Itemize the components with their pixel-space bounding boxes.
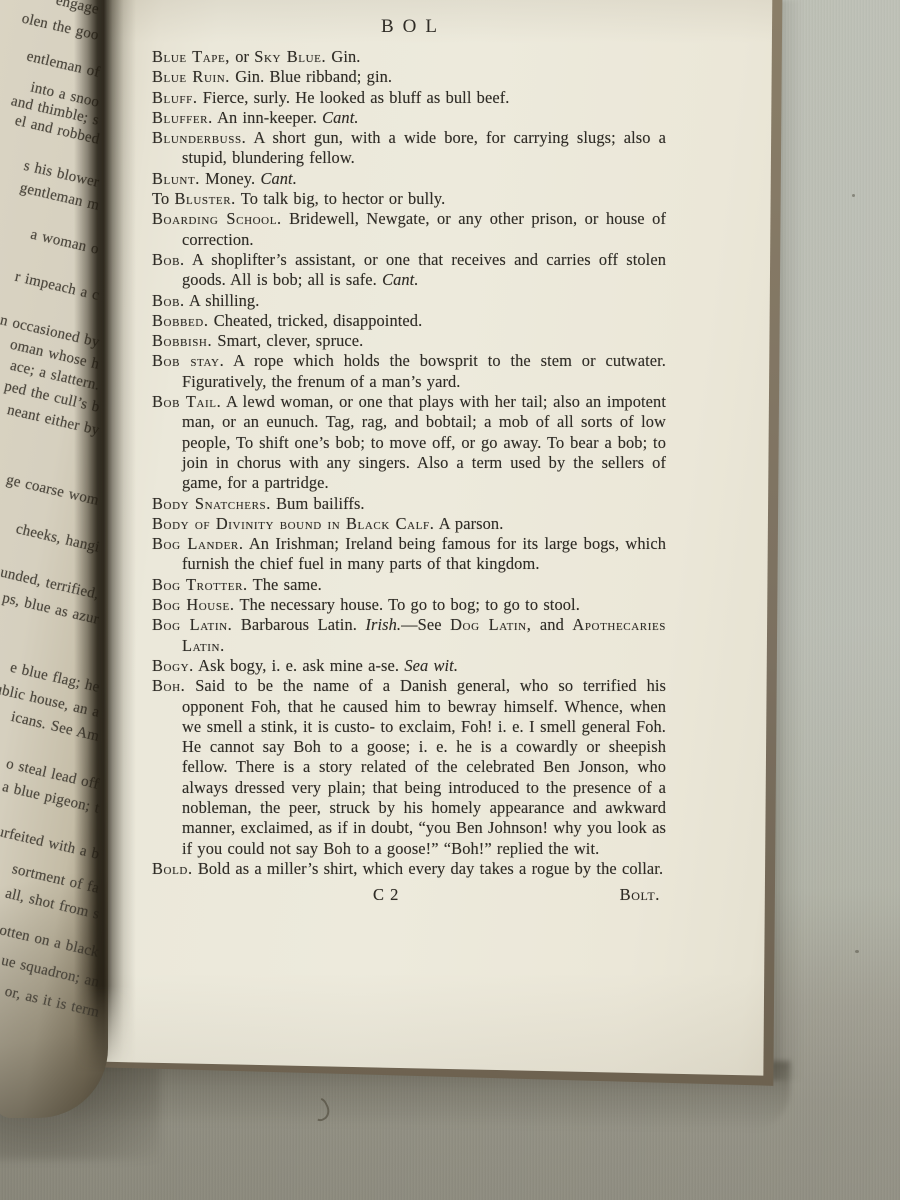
italic-term: Cant. [382, 270, 418, 289]
headword: Blunderbuss. [152, 128, 246, 147]
definition-text: Cheated, tricked, disappointed. [209, 311, 423, 330]
definition-text: A lewd woman, or one that plays with her… [182, 392, 666, 492]
headword: Bog House. [152, 595, 235, 614]
headword: Bluffer. [152, 108, 213, 127]
signature-mark: C 2 [373, 885, 399, 905]
dictionary-entry: Bob. A shilling. [152, 291, 666, 311]
italic-term: Cant. [322, 108, 358, 127]
headword: Body Snatchers. [152, 494, 271, 513]
dictionary-entry: Blue Tape, or Sky Blue. Gin. [152, 47, 666, 67]
definition-text: Money. [200, 169, 260, 188]
dictionary-entry: Bob stay. A rope which holds the bowspri… [152, 351, 666, 392]
headword: Bluster. [174, 189, 235, 208]
dictionary-entry: Bold. Bold as a miller’s shirt, which ev… [152, 859, 666, 879]
left-page-text-fragment: entleman of [24, 47, 101, 81]
definition-text: Bold as a miller’s shirt, which every da… [193, 859, 664, 878]
headword: Body of Divinity bound in Black Calf. [152, 514, 434, 533]
entries: Blue Tape, or Sky Blue. Gin.Blue Ruin. G… [152, 47, 666, 879]
definition-text: Gin. Blue ribband; gin. [230, 67, 392, 86]
italic-term: Irish. [365, 615, 401, 634]
left-page-text: engageolen the gooentleman ofinto a snoo… [0, 0, 108, 1118]
main-page: BOL Blue Tape, or Sky Blue. Gin.Blue Rui… [90, 0, 775, 1080]
dictionary-entry: Bobbish. Smart, clever, spruce. [152, 331, 666, 351]
page-content: BOL Blue Tape, or Sky Blue. Gin.Blue Rui… [152, 16, 666, 909]
headword: Bob Tail. [152, 392, 221, 411]
headword: Bog Lander. [152, 534, 244, 553]
page-footer: C 2 Bolt. [152, 885, 666, 909]
headword: Dog Latin, [450, 615, 531, 634]
headword: Bog Trotter. [152, 575, 248, 594]
definition-text: Fierce, surly. He looked as bluff as bul… [198, 88, 510, 107]
left-page-text-fragment: r impeach a c [13, 268, 101, 305]
paper-speck [852, 194, 855, 197]
dictionary-entry: Bog Trotter. The same. [152, 575, 666, 595]
dictionary-entry: Body of Divinity bound in Black Calf. A … [152, 514, 666, 534]
definition-text: Said to be the name of a Danish general,… [182, 676, 666, 857]
headword: Sky Blue. [254, 47, 326, 66]
dictionary-entry: Bluff. Fierce, surly. He looked as bluff… [152, 88, 666, 108]
definition-text: A short gun, with a wide bore, for carry… [182, 128, 666, 167]
left-page-text-fragment: ge coarse wom [5, 471, 101, 510]
headword: Bogy. [152, 656, 194, 675]
dictionary-entry: To Bluster. To talk big, to hector or bu… [152, 189, 666, 209]
left-page-text-fragment: engage [54, 0, 101, 19]
definition-text: Gin. [326, 47, 360, 66]
headword: Blue Ruin. [152, 67, 230, 86]
definition-text: Barbarous Latin. [232, 615, 365, 634]
definition-text: A shoplifter’s assistant, or one that re… [182, 250, 666, 289]
definition-text: or [230, 47, 254, 66]
definition-text: A parson. [434, 514, 503, 533]
definition-text: Bum bailiffs. [271, 494, 365, 513]
dictionary-entry: Bob Tail. A lewd woman, or one that play… [152, 392, 666, 493]
definition-text: Ask bogy, i. e. ask mine a-se. [194, 656, 404, 675]
dictionary-entry: Bog Lander. An Irishman; Ireland being f… [152, 534, 666, 575]
headword: Blunt. [152, 169, 200, 188]
dictionary-entry: Bogy. Ask bogy, i. e. ask mine a-se. Sea… [152, 656, 666, 676]
definition-text: and [531, 615, 572, 634]
headword: Bob. [152, 291, 185, 310]
definition-text: An Irishman; Ireland being famous for it… [182, 534, 666, 573]
dictionary-entry: Body Snatchers. Bum bailiffs. [152, 494, 666, 514]
dictionary-entry: Blue Ruin. Gin. Blue ribband; gin. [152, 67, 666, 87]
dictionary-entry: Blunt. Money. Cant. [152, 169, 666, 189]
left-page-text-fragment: a woman o [29, 226, 101, 259]
headword: Blue Tape, [152, 47, 230, 66]
definition-text: An inn-keeper. [213, 108, 322, 127]
definition-text: A rope which holds the bowsprit to the s… [182, 351, 666, 390]
headword: Bobbed. [152, 311, 209, 330]
definition-text: A shilling. [185, 291, 260, 310]
dictionary-entry: Bob. A shoplifter’s assistant, or one th… [152, 250, 666, 291]
headword: Bob stay. [152, 351, 224, 370]
dictionary-entry: Boarding School. Bridewell, Newgate, or … [152, 209, 666, 250]
headword: Bob. [152, 250, 185, 269]
headword: Bold. [152, 859, 193, 878]
headword: Boarding School. [152, 209, 282, 228]
left-page-text-fragment: urfeited with a b [0, 823, 101, 864]
headword: Bobbish. [152, 331, 212, 350]
dictionary-entry: Bluffer. An inn-keeper. Cant. [152, 108, 666, 128]
definition-text: To [152, 189, 174, 208]
headword: Bog Latin. [152, 615, 232, 634]
italic-term: Cant. [260, 169, 296, 188]
definition-text: The same. [248, 575, 322, 594]
italic-term: Sea wit. [404, 656, 458, 675]
dictionary-entry: Bog Latin. Barbarous Latin. Irish.—See D… [152, 615, 666, 656]
headword: Boh. [152, 676, 185, 695]
dictionary-entry: Blunderbuss. A short gun, with a wide bo… [152, 128, 666, 169]
dictionary-entry: Bobbed. Cheated, tricked, disappointed. [152, 311, 666, 331]
definition-text: The necessary house. To go to bog; to go… [235, 595, 580, 614]
definition-text: —See [401, 615, 450, 634]
headword: Bluff. [152, 88, 198, 107]
dictionary-entry: Bog House. The necessary house. To go to… [152, 595, 666, 615]
left-page-text-fragment: cheeks, hangi [14, 520, 101, 557]
running-head: BOL [152, 16, 666, 38]
definition-text: Smart, clever, spruce. [212, 331, 363, 350]
definition-text: To talk big, to hector or bully. [236, 189, 445, 208]
dictionary-entry: Boh. Said to be the name of a Danish gen… [152, 676, 666, 859]
paper-speck [855, 950, 859, 953]
catchword: Bolt. [620, 885, 660, 905]
left-page: engageolen the gooentleman ofinto a snoo… [0, 0, 108, 1118]
page-inner: BOL Blue Tape, or Sky Blue. Gin.Blue Rui… [90, 0, 775, 909]
